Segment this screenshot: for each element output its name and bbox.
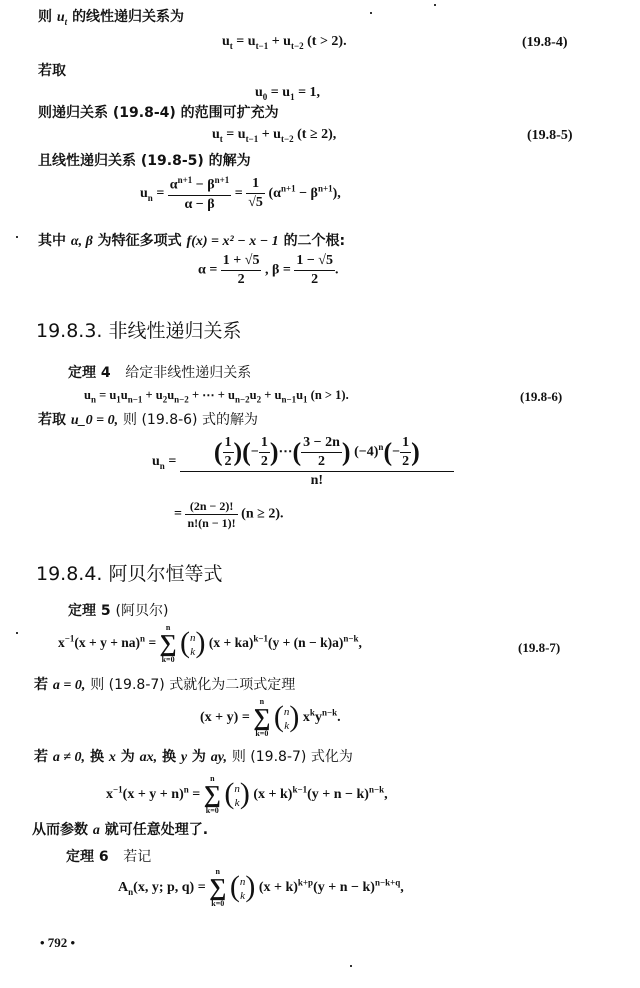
- theorem-label: 定理 4: [68, 365, 111, 381]
- text-line: 若 a = 0, 则 (19.8-7) 式就化为二项式定理: [34, 678, 295, 693]
- page-number: • 792 •: [40, 935, 75, 951]
- text-line: 则 ut 的线性递归关系为: [38, 10, 184, 27]
- equation-number: (19.8-7): [518, 640, 560, 656]
- equation-19-8-4: ut = ut−1 + ut−2 (t > 2).: [222, 35, 347, 51]
- equation-number: (19.8-4): [522, 35, 568, 51]
- text-fragment: 的线性递归关系为: [72, 9, 184, 25]
- equation-nonlinear-solution: un = (12)(−12)⋯(3 − 2n2) (−4)n(−12) n!: [152, 436, 454, 488]
- theorem-line: 定理 4 给定非线性递归关系: [68, 366, 251, 380]
- theorem-line: 定理 5 (阿贝尔): [68, 604, 168, 618]
- equation-initial: u0 = u1 = 1,: [255, 86, 320, 102]
- equation-binomial: (x + y) = n∑k=0 (nk) xkyn−k.: [200, 698, 341, 738]
- text-line: 若 a ≠ 0, 换 x 为 ax, 换 y 为 ay, 则 (19.8-7) …: [34, 750, 353, 765]
- equation-solution: un = αn+1 − βn+1α − β = 1√5 (αn+1 − βn+1…: [140, 176, 341, 212]
- equation-nonlinear-simplified: = (2n − 2)!n!(n − 1)! (n ≥ 2).: [174, 500, 284, 529]
- scan-speck: [16, 632, 18, 634]
- theorem-line: 定理 6 若记: [66, 850, 151, 864]
- equation-19-8-7: x−1(x + y + na)n = n∑k=0 (nk) (x + ka)k−…: [58, 624, 362, 664]
- section-heading: 19.8.4. 阿贝尔恒等式: [36, 565, 223, 584]
- scan-speck: [350, 965, 352, 967]
- equation-number: (19.8-6): [520, 389, 562, 405]
- text-line: 若取: [38, 64, 66, 78]
- section-heading: 19.8.3. 非线性递归关系: [36, 322, 242, 341]
- equation-scaled: x−1(x + y + n)n = n∑k=0 (nk) (x + k)k−1(…: [106, 775, 388, 815]
- equation-roots: α = 1 + √52 , β = 1 − √52.: [198, 254, 339, 287]
- scan-speck: [370, 12, 372, 14]
- scan-speck: [16, 236, 18, 238]
- text-line: 其中 α, β 为特征多项式 f(x) = x² − x − 1 的二个根:: [38, 234, 345, 249]
- equation-A-n: An(x, y; p, q) = n∑k=0 (nk) (x + k)k+p(y…: [118, 868, 404, 908]
- scan-speck: [434, 4, 436, 6]
- text-fragment: 则: [38, 9, 52, 25]
- theorem-label: 定理 6: [66, 849, 109, 865]
- text-line: 从而参数 a 就可任意处理了.: [32, 823, 208, 838]
- equation-19-8-5: ut = ut−1 + ut−2 (t ≥ 2),: [212, 128, 336, 144]
- theorem-label: 定理 5: [68, 603, 111, 619]
- equation-number: (19.8-5): [527, 128, 573, 144]
- text-line: 且线性递归关系 (19.8-5) 的解为: [38, 154, 251, 168]
- text-line: 则递归关系 (19.8-4) 的范围可扩充为: [38, 106, 279, 120]
- equation-19-8-6: un = u1un−1 + u2un−2 + ⋯ + un−2u2 + un−1…: [84, 389, 349, 405]
- text-line: 若取 u_0 = 0, 则 (19.8-6) 式的解为: [38, 413, 258, 428]
- math-var: ut: [57, 10, 67, 25]
